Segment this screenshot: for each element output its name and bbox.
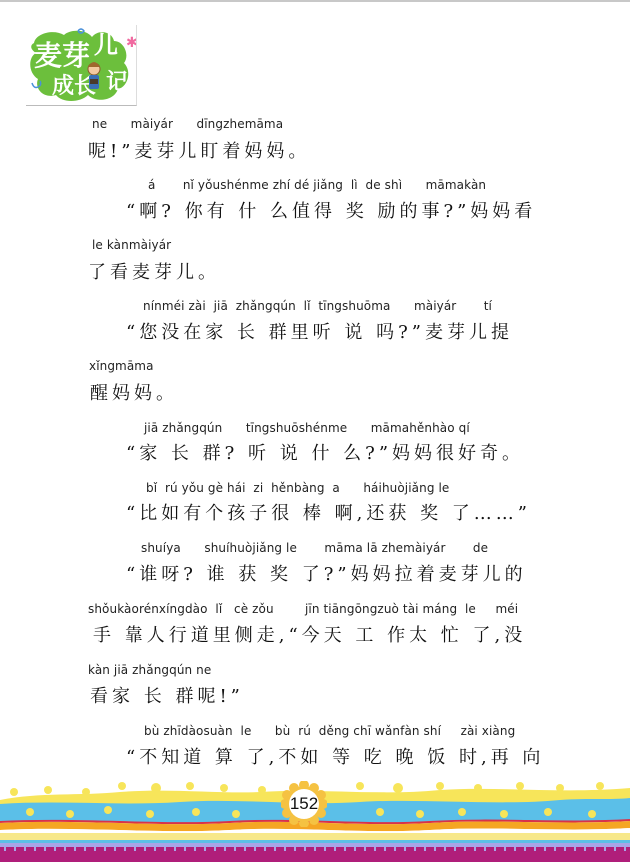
- chinese-text: “不知道 算 了,不如 等 吃 晚 饭 时,再 向: [126, 743, 544, 769]
- svg-text:记: 记: [106, 70, 128, 95]
- chinese-text: 了看麦芽儿。: [88, 258, 220, 284]
- page-number: 152: [281, 781, 327, 827]
- pinyin-annotation: ne màiyár dīngzhemāma: [92, 117, 283, 131]
- pinyin-annotation: bù zhīdàosuàn le bù rú děng chī wǎnfàn s…: [144, 724, 515, 738]
- chinese-text: “您没在家 长 群里听 说 吗?”麦芽儿提: [126, 318, 513, 344]
- pinyin-annotation: le kànmàiyár: [92, 238, 171, 252]
- pinyin-annotation: á nǐ yǒushénme zhí dé jiǎng lì de shì mā…: [148, 178, 486, 192]
- chinese-text: “比如有个孩子很 棒 啊,还获 奖 了……”: [126, 499, 531, 525]
- logo-title-line1: 麦芽: [34, 39, 90, 72]
- book-logo: ✱ 麦芽 儿 成长 记: [26, 25, 137, 106]
- chinese-text: 呢!”麦芽儿盯着妈妈。: [88, 137, 310, 163]
- pinyin-annotation: nínméi zài jiā zhǎngqún lǐ tīngshuōma mà…: [143, 299, 492, 313]
- chinese-text: 醒妈妈。: [90, 379, 178, 405]
- chinese-text: “啊? 你有 什 么值得 奖 励的事?”妈妈看: [126, 197, 536, 223]
- svg-text:儿: 儿: [94, 31, 118, 59]
- top-rule: [0, 0, 630, 2]
- chinese-text: “谁呀? 谁 获 奖 了?”妈妈拉着麦芽儿的: [126, 560, 527, 586]
- chinese-text: “家 长 群? 听 说 什 么?”妈妈很好奇。: [126, 439, 524, 465]
- chinese-text: 手 靠人行道里侧走,“今天 工 作太 忙 了,没: [93, 621, 526, 647]
- pinyin-annotation: bǐ rú yǒu gè hái zi hěnbàng a háihuòjiǎn…: [146, 481, 449, 495]
- pinyin-annotation: shuíya shuíhuòjiǎng le māma lā zhemàiyár…: [141, 541, 488, 555]
- pinyin-annotation: kàn jiā zhǎngqún ne: [88, 663, 211, 677]
- svg-text:✱: ✱: [126, 35, 136, 51]
- pinyin-annotation: shǒukàorénxíngdào lǐ cè zǒu jīn tiāngōng…: [88, 602, 518, 616]
- pinyin-annotation: xǐngmāma: [89, 359, 154, 373]
- chinese-text: 看家 长 群呢!”: [90, 682, 244, 708]
- pinyin-annotation: jiā zhǎngqún tīngshuōshénme māmahěnhào q…: [144, 421, 470, 435]
